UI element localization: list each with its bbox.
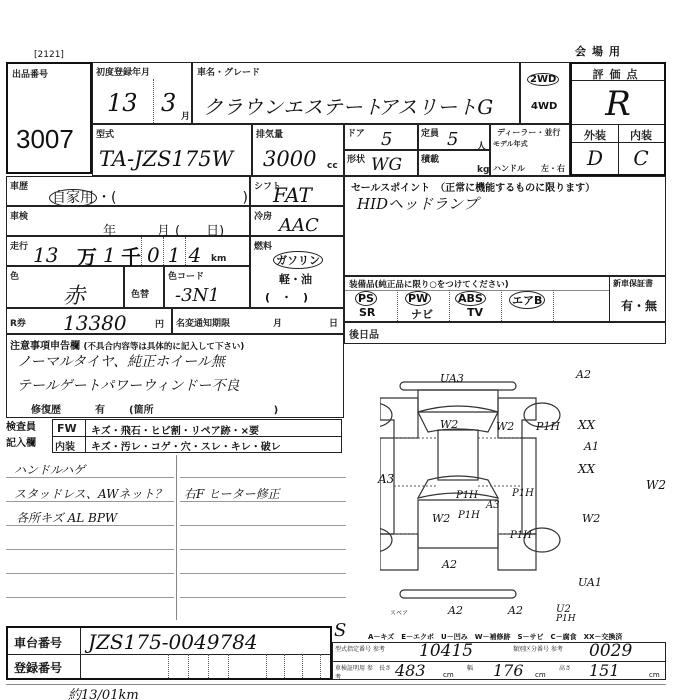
footer-mileage-note: 約13/01km [68,684,139,700]
damage-mark: W2 [582,512,600,525]
repair-history-value: 有 [95,401,105,416]
sheet-code: [2121] [34,50,64,60]
length-value: 483 [395,661,426,680]
equip-ps: PS [355,291,377,306]
doors-label: ドア [347,126,365,139]
car-name-box: 車名・グレード クラウンエステート アスリートG [192,62,520,124]
mileage-rest: 014 [147,243,209,267]
recycle-label: R券 [10,316,26,329]
height-value: 151 [589,661,620,680]
fw-items: キズ・飛石・ヒビ割・リペア跡・×要 [91,422,259,437]
car-name-label: 車名・グレード [197,65,260,78]
model-value: TA-JZS175W [99,147,233,171]
name-change-month: 月 [273,316,282,329]
history-box: 車歴 自家用・( ) [6,176,250,206]
fw-label: FW [57,422,77,435]
car-name: クラウンエステート [203,91,383,120]
damage-mark: UA1 [578,576,602,589]
interior-items: キズ・汚レ・コゲ・穴・スレ・キレ・破レ [91,438,281,453]
venue-use-label: 会場用 [575,43,626,59]
equip-navi: ナビ [411,306,433,322]
drive-box: 2WD 4WD [520,62,570,124]
damage-mark: P1H [536,420,560,433]
dealer-label: ディーラー・並行 [497,127,560,138]
body-shape-label: 形状 [347,152,365,165]
recycle-value: 13380 [63,311,127,335]
drive-4wd: 4WD [531,101,557,112]
repaint-label: 色替 [131,287,149,300]
equipment-label: 装備品(純正品に限り○をつけてください) [349,278,509,290]
interior-label: 内装 [618,127,664,143]
height-unit: cm [649,671,660,679]
inspector-note-left-3: 各所キズ AL BPW [16,509,117,526]
model-box: 型式 TA-JZS175W [92,124,252,176]
color-code-label: 色コード [168,269,204,282]
displacement-box: 排気量 3000 cc [252,124,344,176]
damage-mark: W2 [440,418,458,431]
aircon-value: AAC [279,215,319,236]
inspector-note-right-2: 右F ヒーター修正 [184,485,280,502]
damage-mark: A3 [486,500,500,511]
color-label: 色 [10,269,19,282]
fuel-box: 燃料 ガソリン 軽・油 ( ・ ) [250,236,344,308]
month-unit: 月 [181,109,190,122]
damage-mark: P1H [556,614,576,624]
dimensions-label: 車検証明用 参考 [335,663,375,681]
shift-box: シフト FAT [250,176,344,206]
damage-mark: W2 [496,420,514,433]
mileage-box: 走行 13 万 1 千 014 km [6,236,250,266]
exterior-grade: D [572,146,618,170]
damage-mark: W2 [432,512,450,525]
repair-history-label: 修復歴 [31,401,61,416]
type-designation-label: 型式指定番号 参考 [335,644,385,653]
body-shape-box: 形状 WG [344,150,418,176]
displacement-value: 3000 [263,147,316,171]
damage-mark: A2 [508,604,523,617]
color-code: -3N1 [175,285,220,306]
height-label: 高さ [559,663,571,672]
mileage-sen: 1 [103,243,116,267]
damage-mark: W2 [646,478,666,492]
fuel-diesel: 軽・油 [279,271,312,287]
damage-mark: P1H [510,530,532,541]
inspector-label: 検査員 [6,420,36,436]
equip-sr: SR [359,306,375,319]
equipment-box: 装備品(純正品に限り○をつけてください) 新車保証書 有・無 PS PW ABS… [344,276,666,322]
lot-number-label: 出品番号 [12,67,48,80]
chassis-label: 車台番号 [14,634,62,651]
displacement-unit: cc [327,161,338,171]
sales-point-box: セールスポイント （正常に機能するものに限ります） HIDヘッドランプ [344,176,666,276]
load-box: 積載 kg [418,150,490,176]
damage-mark: P1H [458,510,480,521]
fuel-label: 燃料 [254,239,272,252]
sales-point-value: HIDヘッドランプ [357,193,478,214]
type-designation-value: 10415 [419,641,473,661]
damage-mark: XX [578,418,595,432]
notes-line-1: ノーマルタイヤ、純正ホイール無 [17,351,225,371]
equip-abs: ABS [455,291,486,306]
capacity-box: 定員 5 人 [418,124,490,150]
warranty-value: 有・無 [621,297,657,314]
capacity-label: 定員 [421,126,439,139]
width-value: 176 [493,661,524,680]
model-year-label: モデル年式 [493,139,563,149]
repaint-box: 色替 [124,266,164,308]
lot-number-box: 出品番号 3007 [6,62,92,174]
inspection-label: 車検 [10,209,28,222]
repair-history-location: (箇所 ) [129,401,278,416]
inspector-notes: ハンドルハゲ スタッドレス、AWネット？ 各所キズ AL BPW 右F ヒーター… [6,455,346,620]
drive-2wd: 2WD [527,73,559,86]
color-code-box: 色コード -3N1 [164,266,250,308]
mileage-unit: km [211,254,226,264]
notes-box: 注意事項申告欄 (不具合内容等は具体的に記入して下さい) ノーマルタイヤ、純正ホ… [6,334,344,418]
handle-label: ハンドル [493,163,525,174]
damage-mark: A1 [584,440,599,453]
doors-value: 5 [381,129,392,150]
later-items-label: 後日品 [349,326,379,341]
lot-number: 3007 [16,124,74,155]
damage-mark: P1H [456,490,478,501]
interior-grade: C [618,146,664,170]
first-registration-month: 3 [161,89,176,117]
car-grade: アスリートG [378,91,493,120]
fuel-gasoline: ガソリン [273,251,323,269]
color-box: 色 赤 [6,266,124,308]
load-unit: kg [477,165,489,175]
equip-pw: PW [405,291,431,306]
first-registration-box: 初度登録年月 13 3 月 [92,62,192,124]
dealer-box: ディーラー・並行 モデル年式 ハンドル 左・右 [490,124,570,176]
aircon-box: 冷房 AAC [250,206,344,236]
recycle-unit: 円 [155,317,164,330]
handle-options: 左・右 [541,163,565,174]
color-value: 赤 [63,279,85,310]
registration-label: 登録番号 [14,659,62,676]
entry-label: 記入欄 [6,436,36,452]
warranty-label: 新車保証書 [613,278,653,289]
damage-mark: A3 [378,472,394,486]
inspector-note-left-1: ハンドルハゲ [14,461,85,478]
chassis-table: 車台番号 JZS175-0049784 登録番号 [6,626,332,680]
category-number-value: 0029 [589,641,632,661]
damage-legend: A－キズ E－エクボ U－凹み W－補修跡 S－サビ C－腐食 XX－交換済 [368,632,622,642]
chassis-number: JZS175-0049784 [88,630,258,654]
first-registration-label: 初度登録年月 [96,65,150,78]
score-value: R [572,84,664,124]
mileage-man: 13 [33,243,58,267]
inspector-table: FW 内装 キズ・飛石・ヒビ割・リペア跡・×要 キズ・汚レ・コゲ・穴・スレ・キレ… [52,419,342,453]
inspector-note-left-2: スタッドレス、AWネット？ [14,485,167,502]
first-registration-year: 13 [107,89,138,117]
name-change-label: 名変通知期限 [176,316,230,329]
doors-box: ドア 5 [344,124,418,150]
equip-airbag: エアB [509,291,545,309]
category-number-label: 類別区分番号 参考 [513,644,563,653]
length-label: 長さ [379,663,391,672]
spec-table: 型式指定番号 参考 10415 類別区分番号 参考 0029 車検証明用 参考 … [332,642,666,680]
width-unit: cm [535,671,546,679]
spare-tire-label: スペア [390,608,408,617]
later-items-box: 後日品 [344,322,666,344]
exterior-label: 外装 [572,127,618,143]
inspection-box: 車検 年 月 ( 日) [6,206,250,236]
notes-line-2: テールゲートパワーウィンドー不良 [17,375,239,395]
damage-mark: P1H [512,488,534,499]
aircon-label: 冷房 [254,209,272,222]
s-mark: S [334,620,346,641]
damage-mark: A2 [442,558,457,571]
length-unit: cm [443,671,454,679]
history-paren: ・( ) [97,190,248,206]
damage-mark: UA3 [440,372,464,385]
width-label: 幅 [467,663,473,672]
fuel-other: ( ・ ) [265,289,308,305]
capacity-value: 5 [447,129,458,150]
displacement-label: 排気量 [256,127,283,140]
equip-tv: TV [467,306,483,319]
name-change-box: 名変通知期限 月 日 [172,308,344,334]
damage-mark: A2 [448,604,463,617]
interior-inspect-label: 内装 [55,438,75,453]
score-box: 評価点 R 外装 内装 D C [570,62,666,176]
damage-mark: XX [578,462,595,476]
mileage-label: 走行 [10,239,28,252]
model-label: 型式 [96,127,114,140]
damage-mark: A2 [576,368,591,381]
history-label: 車歴 [10,179,28,192]
history-value: 自家用 [49,189,97,207]
body-shape-value: WG [371,155,402,175]
name-change-day: 日 [329,316,338,329]
shift-value: FAT [273,183,312,207]
load-label: 積載 [421,152,439,165]
recycle-box: R券 13380 円 [6,308,172,334]
